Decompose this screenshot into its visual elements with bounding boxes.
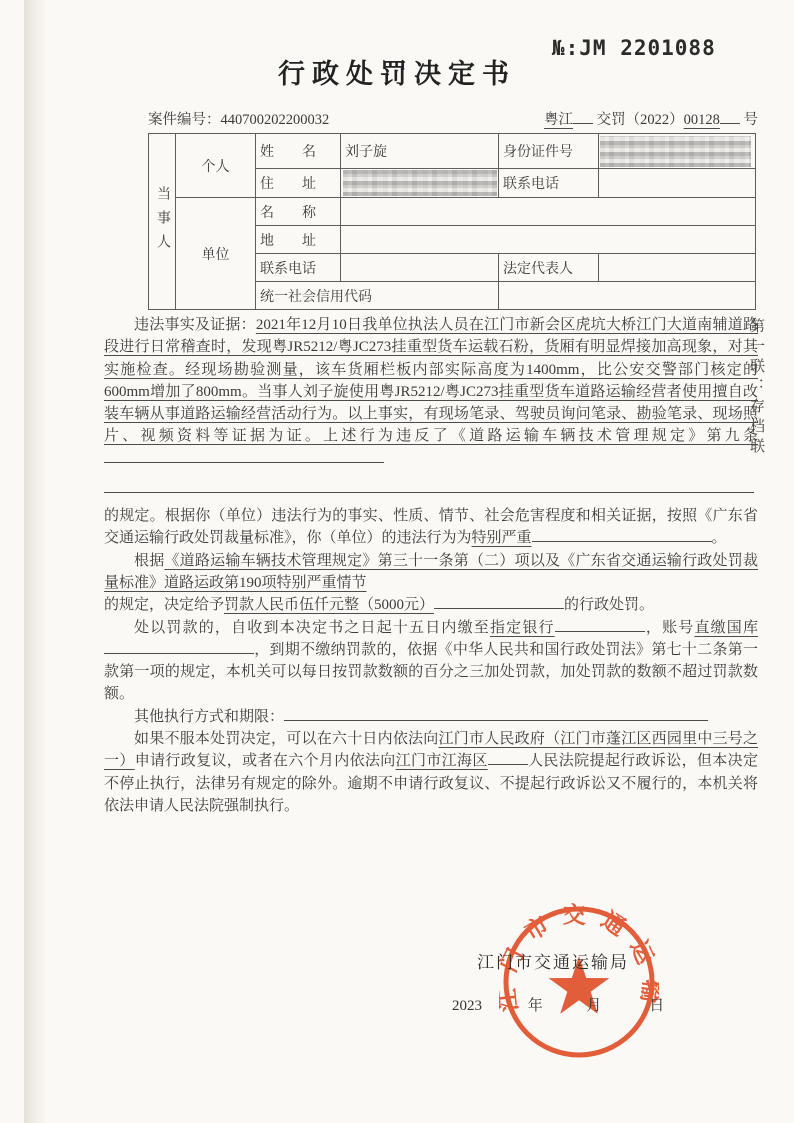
redacted-address (343, 170, 497, 196)
address-value (341, 169, 499, 198)
case-number-value: 440700202200032 (221, 112, 330, 128)
date-day-label: 日 (649, 994, 664, 1015)
table-row: 当事人 个人 姓 名 刘子旋 身份证件号 (149, 134, 756, 169)
credit-code-label: 统一社会信用代码 (256, 282, 499, 310)
issuing-agency-name: 江门市交通运输局 (477, 948, 629, 973)
party-info-table: 当事人 个人 姓 名 刘子旋 身份证件号 住 址 联系电话 单位 名 称 地 址… (148, 133, 756, 310)
payment-paragraph: 处以罚款的，自收到本决定书之日起十五日内缴至指定银行，账号直缴国库，到期不缴纳罚… (104, 617, 758, 706)
facts-paragraph: 违法事实及证据：2021年12月10日我单位执法人员在江门市新会区虎坑大桥江门大… (104, 314, 758, 470)
legal-basis-printed: 根据 (134, 553, 164, 569)
org-name-label: 名 称 (256, 198, 341, 226)
payment-blank-1 (555, 617, 645, 632)
official-seal: 江门市交通运输局 (499, 902, 659, 1062)
severity-period: 。 (712, 530, 727, 546)
penalty-paragraph: 的规定，决定给予罚款人民币伍仟元整（5000元）的行政处罚。 (104, 594, 758, 616)
ref-region: 粤江 (544, 112, 573, 128)
scan-edge-shadow (24, 0, 46, 1123)
payment-account-filled: 直缴国库 (694, 620, 758, 636)
penalty-printed-2: 的行政处罚。 (564, 597, 654, 613)
id-number-value (599, 134, 756, 169)
individual-group-label: 个人 (176, 134, 256, 198)
other-execution-blank (284, 706, 708, 721)
phone-label: 联系电话 (499, 169, 599, 198)
unit-group-label: 单位 (176, 198, 256, 310)
reference-number: 粤江 交罚（2022）00128 号 (544, 108, 758, 129)
payment-blank-2 (104, 639, 254, 654)
penalty-amount-filled: 罚款人民币伍仟元整（5000元） (224, 597, 434, 613)
appeal-printed-2: 申请行政复议，或者在六个月内依法向 (135, 753, 396, 769)
ref-suffix: 号 (744, 112, 759, 128)
date-year-value: 2023 (452, 998, 482, 1015)
party-vertical-label: 当事人 (149, 134, 176, 310)
penalty-printed-1: 的规定，决定给予 (104, 597, 224, 613)
org-phone-value (341, 254, 499, 282)
decision-body: 违法事实及证据：2021年12月10日我单位执法人员在江门市新会区虎坑大桥江门大… (104, 314, 758, 817)
payment-bank-filled: 指定银行 (490, 620, 555, 636)
severity-blank (532, 527, 712, 542)
phone-value (599, 169, 756, 198)
id-number-label: 身份证件号 (499, 134, 599, 169)
legal-rep-value (599, 254, 756, 282)
address-label: 住 址 (256, 169, 341, 198)
payment-printed-1: 处以罚款的，自收到本决定书之日起十五日内缴至 (134, 620, 490, 636)
penalty-blank (434, 594, 564, 609)
severity-filled: 特别严重 (472, 530, 532, 546)
payment-printed-2: ，账号 (645, 620, 695, 636)
severity-paragraph: 的规定。根据你（单位）违法行为的事实、性质、情节、社会危害程度和相关证据，按照《… (104, 505, 758, 550)
redacted-id-number (600, 136, 751, 167)
date-year-label: 年 (528, 994, 543, 1015)
ref-serial: 00128 (684, 112, 720, 128)
other-execution-paragraph: 其他执行方式和期限： (104, 706, 758, 728)
legal-rep-label: 法定代表人 (499, 254, 599, 282)
date-line: 2023 年 月 日 (452, 994, 664, 1015)
appeal-court-filled: 江门市江海区 (396, 753, 488, 769)
date-month-label: 月 (587, 994, 602, 1015)
appeal-paragraph: 如果不服本处罚决定，可以在六十日内依法向江门市人民政府（江门市蓬江区西园里中三号… (104, 728, 758, 817)
copy-designation-label: 第一联：存档联 (746, 318, 767, 458)
facts-label: 违法事实及证据： (134, 317, 256, 333)
ref-type: 交罚（2022） (597, 112, 684, 128)
org-phone-label: 联系电话 (256, 254, 341, 282)
other-execution-label: 其他执行方式和期限： (134, 709, 284, 725)
org-address-label: 地 址 (256, 226, 341, 254)
name-label: 姓 名 (256, 134, 341, 169)
empty-ruled-line (104, 472, 754, 493)
legal-basis-filled: 《道路运输车辆技术管理规定》第三十一条第（二）项以及《广东省交通运输行政处罚裁量… (104, 553, 758, 591)
credit-code-value (499, 282, 756, 310)
appeal-printed-1: 如果不服本处罚决定，可以在六十日内依法向 (134, 731, 439, 747)
case-number-line: 案件编号：440700202200032 粤江 交罚（2022）00128 号 (148, 108, 758, 129)
facts-filled-text: 2021年12月10日我单位执法人员在江门市新会区虎坑大桥江门大道南辅道路段进行… (104, 317, 758, 444)
org-name-value (341, 198, 756, 226)
appeal-blank (488, 750, 528, 765)
case-number-label: 案件编号： (148, 112, 221, 128)
scanned-penalty-decision-page: { "header": { "doc_no": "№:JM 2201088", … (0, 0, 794, 1123)
name-value: 刘子旋 (341, 134, 499, 169)
table-row: 单位 名 称 (149, 198, 756, 226)
org-address-value (341, 226, 756, 254)
page-title: 行政处罚决定书 (0, 52, 794, 91)
trailing-blank (104, 448, 384, 463)
legal-basis-paragraph: 根据《道路运输车辆技术管理规定》第三十一条第（二）项以及《广东省交通运输行政处罚… (104, 550, 758, 595)
